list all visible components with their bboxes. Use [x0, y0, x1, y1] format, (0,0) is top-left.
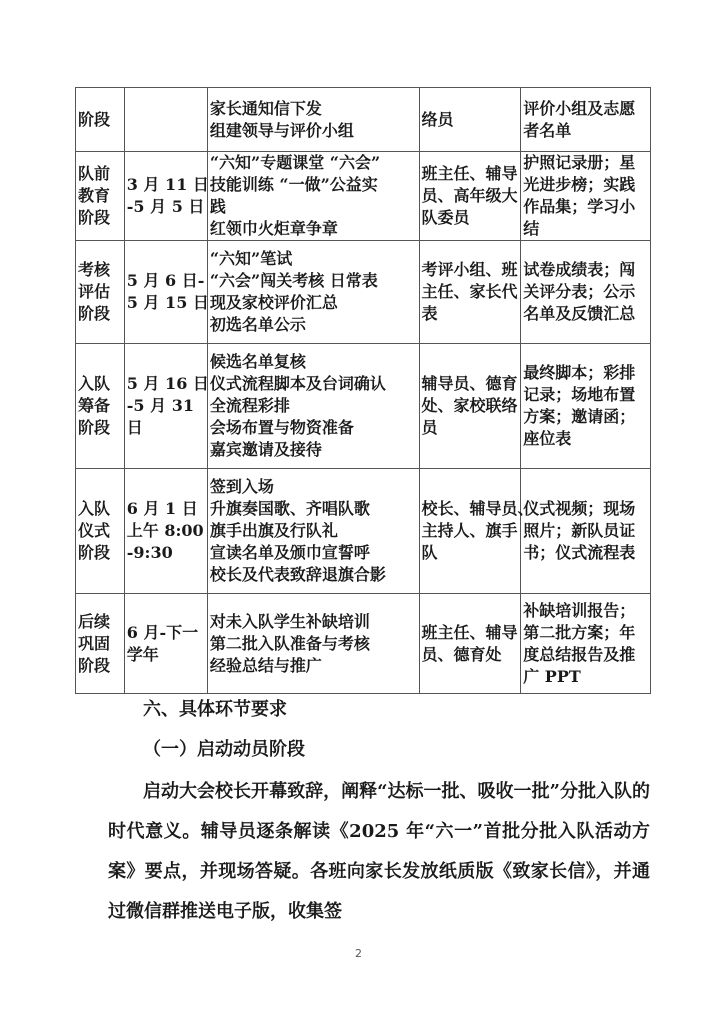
staff-cell: 考评小组、班主任、家长代表	[419, 241, 521, 344]
materials-cell-line: 度总结报告及推	[523, 644, 648, 666]
staff-cell-line: 队委员	[422, 207, 519, 229]
content-cell: 签到入场升旗奏国歌、齐唱队歌旗手出旗及行队礼宣读名单及颁巾宣誓呼校长及代表致辞退…	[207, 469, 419, 594]
content-cell-line: 组建领导与评价小组	[210, 120, 417, 142]
time-cell	[124, 88, 207, 152]
time-cell-line: 上午 8:00	[127, 520, 205, 542]
staff-cell-line: 班主任、辅导	[422, 163, 519, 185]
content-cell-line: 对未入队学生补缺培训	[210, 611, 417, 633]
materials-cell-line: 方案；邀请函；	[523, 406, 648, 428]
content-cell-line: 旗手出旗及行队礼	[210, 520, 417, 542]
section-heading: 六、具体环节要求	[143, 695, 287, 721]
staff-cell-line: 络员	[422, 109, 519, 131]
content-cell-line: 会场布置与物资准备	[210, 417, 417, 439]
stage-cell-line: 评估	[78, 281, 122, 303]
content-cell-line: 经验总结与推广	[210, 655, 417, 677]
materials-cell: 护照记录册；星光进步榜；实践作品集；学习小结	[521, 152, 651, 241]
staff-cell: 班主任、辅导员、德育处	[419, 594, 521, 694]
subsection-heading: （一）启动动员阶段	[143, 735, 305, 761]
time-cell-line: -5 月 31	[127, 395, 205, 417]
table-row: 入队筹备阶段5 月 16 日-5 月 31日候选名单复核仪式流程脚本及台词确认全…	[76, 344, 651, 469]
stage-cell: 阶段	[76, 88, 125, 152]
time-cell: 5 月 6 日-5 月 15 日	[124, 241, 207, 344]
materials-cell-line: 试卷成绩表；闯	[523, 259, 648, 281]
stage-cell: 入队仪式阶段	[76, 469, 125, 594]
time-cell: 5 月 16 日-5 月 31日	[124, 344, 207, 469]
content-cell: 候选名单复核仪式流程脚本及台词确认全流程彩排会场布置与物资准备嘉宾邀请及接待	[207, 344, 419, 469]
staff-cell: 辅导员、德育处、家校联络员	[419, 344, 521, 469]
materials-cell: 最终脚本；彩排记录；场地布置方案；邀请函；座位表	[521, 344, 651, 469]
materials-cell-line: 评价小组及志愿	[523, 98, 648, 120]
stage-cell-line: 筹备	[78, 395, 122, 417]
body-paragraph: 启动大会校长开幕致辞，阐释“达标一批、吸收一批”分批入队的时代意义。辅导员逐条解…	[108, 772, 650, 932]
materials-cell-line: 照片；新队员证	[523, 520, 648, 542]
time-cell-line: 6 月 1 日	[127, 498, 205, 520]
materials-cell: 试卷成绩表；闯关评分表；公示名单及反馈汇总	[521, 241, 651, 344]
time-cell: 6 月-下一学年	[124, 594, 207, 694]
stage-cell: 后续巩固阶段	[76, 594, 125, 694]
stage-cell-line: 巩固	[78, 633, 122, 655]
time-cell-line: 日	[127, 417, 205, 439]
time-cell-line: 5 月 15 日	[127, 292, 205, 314]
time-cell-line: 5 月 6 日-	[127, 270, 205, 292]
time-cell-line: -5 月 5 日	[127, 196, 205, 218]
content-cell: 对未入队学生补缺培训第二批入队准备与考核经验总结与推广	[207, 594, 419, 694]
materials-cell-line: 者名单	[523, 120, 648, 142]
staff-cell: 班主任、辅导员、高年级大队委员	[419, 152, 521, 241]
stage-cell-line: 入队	[78, 373, 122, 395]
stage-cell-line: 考核	[78, 259, 122, 281]
content-cell: “六知”专题课堂 “六会”技能训练 “一做”公益实践红领巾火炬章争章	[207, 152, 419, 241]
staff-cell-line: 员	[422, 417, 519, 439]
stage-cell-line: 后续	[78, 611, 122, 633]
content-cell-line: 仪式流程脚本及台词确认	[210, 373, 417, 395]
materials-cell-line: 名单及反馈汇总	[523, 303, 648, 325]
time-cell: 6 月 1 日上午 8:00-9:30	[124, 469, 207, 594]
content-cell-line: 现及家校评价汇总	[210, 292, 417, 314]
staff-cell-line: 考评小组、班	[422, 259, 519, 281]
stage-cell-line: 阶段	[78, 655, 122, 677]
time-cell: 3 月 11 日-5 月 5 日	[124, 152, 207, 241]
document-page: 阶段家长通知信下发组建领导与评价小组络员评价小组及志愿者名单队前教育阶段3 月 …	[0, 0, 724, 1024]
content-cell-line: 候选名单复核	[210, 351, 417, 373]
staff-cell: 校长、辅导员、主持人、旗手队	[419, 469, 521, 594]
staff-cell-line: 员、高年级大	[422, 185, 519, 207]
stage-cell: 考核评估阶段	[76, 241, 125, 344]
table-row: 队前教育阶段3 月 11 日-5 月 5 日“六知”专题课堂 “六会”技能训练 …	[76, 152, 651, 241]
stage-cell: 队前教育阶段	[76, 152, 125, 241]
time-cell-line: 5 月 16 日	[127, 373, 205, 395]
table-row: 后续巩固阶段6 月-下一学年对未入队学生补缺培训第二批入队准备与考核经验总结与推…	[76, 594, 651, 694]
staff-cell-line: 校长、辅导员、	[422, 498, 519, 520]
staff-cell-line: 表	[422, 303, 519, 325]
materials-cell-line: 仪式视频；现场	[523, 498, 648, 520]
table-row: 考核评估阶段5 月 6 日-5 月 15 日“六知”笔试“六会”闯关考核 日常表…	[76, 241, 651, 344]
materials-cell-line: 护照记录册；星	[523, 152, 648, 174]
content-cell-line: 嘉宾邀请及接待	[210, 439, 417, 461]
materials-cell-line: 结	[523, 218, 648, 240]
content-cell: 家长通知信下发组建领导与评价小组	[207, 88, 419, 152]
staff-cell-line: 处、家校联络	[422, 395, 519, 417]
content-cell: “六知”笔试“六会”闯关考核 日常表现及家校评价汇总初选名单公示	[207, 241, 419, 344]
content-cell-line: 红领巾火炬章争章	[210, 218, 417, 240]
content-cell-line: 升旗奏国歌、齐唱队歌	[210, 498, 417, 520]
staff-cell-line: 辅导员、德育	[422, 373, 519, 395]
materials-cell-line: 座位表	[523, 428, 648, 450]
materials-cell-line: 书；仪式流程表	[523, 542, 648, 564]
staff-cell: 络员	[419, 88, 521, 152]
stage-cell-line: 阶段	[78, 542, 122, 564]
content-cell-line: “六会”闯关考核 日常表	[210, 270, 417, 292]
stage-cell-line: 阶段	[78, 417, 122, 439]
content-cell-line: 家长通知信下发	[210, 98, 417, 120]
staff-cell-line: 主持人、旗手	[422, 520, 519, 542]
materials-cell-line: 关评分表；公示	[523, 281, 648, 303]
materials-cell: 仪式视频；现场照片；新队员证书；仪式流程表	[521, 469, 651, 594]
materials-cell-line: 第二批方案；年	[523, 622, 648, 644]
content-cell-line: “六知”笔试	[210, 248, 417, 270]
content-cell-line: 践	[210, 196, 417, 218]
content-cell-line: 初选名单公示	[210, 314, 417, 336]
content-cell-line: 技能训练 “一做”公益实	[210, 174, 417, 196]
materials-cell-line: 光进步榜；实践	[523, 174, 648, 196]
materials-cell-line: 作品集；学习小	[523, 196, 648, 218]
materials-cell-line: 补缺培训报告；	[523, 600, 648, 622]
materials-cell-line: 广 PPT	[523, 666, 648, 688]
stage-cell-line: 仪式	[78, 520, 122, 542]
stage-cell-line: 阶段	[78, 303, 122, 325]
staff-cell-line: 队	[422, 542, 519, 564]
stage-cell: 入队筹备阶段	[76, 344, 125, 469]
materials-cell: 评价小组及志愿者名单	[521, 88, 651, 152]
time-cell-line: 6 月-下一	[127, 622, 205, 644]
content-cell-line: “六知”专题课堂 “六会”	[210, 152, 417, 174]
content-cell-line: 全流程彩排	[210, 395, 417, 417]
table-row: 入队仪式阶段6 月 1 日上午 8:00-9:30签到入场升旗奏国歌、齐唱队歌旗…	[76, 469, 651, 594]
staff-cell-line: 员、德育处	[422, 644, 519, 666]
time-cell-line: -9:30	[127, 542, 205, 564]
stage-cell-line: 阶段	[78, 109, 122, 131]
table-row: 阶段家长通知信下发组建领导与评价小组络员评价小组及志愿者名单	[76, 88, 651, 152]
stage-cell-line: 阶段	[78, 207, 122, 229]
stage-cell-line: 队前	[78, 163, 122, 185]
content-cell-line: 签到入场	[210, 476, 417, 498]
materials-cell-line: 记录；场地布置	[523, 384, 648, 406]
stage-cell-line: 教育	[78, 185, 122, 207]
activity-schedule-table: 阶段家长通知信下发组建领导与评价小组络员评价小组及志愿者名单队前教育阶段3 月 …	[75, 87, 651, 694]
content-cell-line: 宣读名单及颁巾宣誓呼	[210, 542, 417, 564]
stage-cell-line: 入队	[78, 498, 122, 520]
time-cell-line: 3 月 11 日	[127, 174, 205, 196]
staff-cell-line: 班主任、辅导	[422, 622, 519, 644]
materials-cell-line: 最终脚本；彩排	[523, 362, 648, 384]
materials-cell: 补缺培训报告；第二批方案；年度总结报告及推广 PPT	[521, 594, 651, 694]
content-cell-line: 第二批入队准备与考核	[210, 633, 417, 655]
page-number: 2	[355, 947, 362, 960]
content-cell-line: 校长及代表致辞退旗合影	[210, 564, 417, 586]
staff-cell-line: 主任、家长代	[422, 281, 519, 303]
time-cell-line: 学年	[127, 644, 205, 666]
